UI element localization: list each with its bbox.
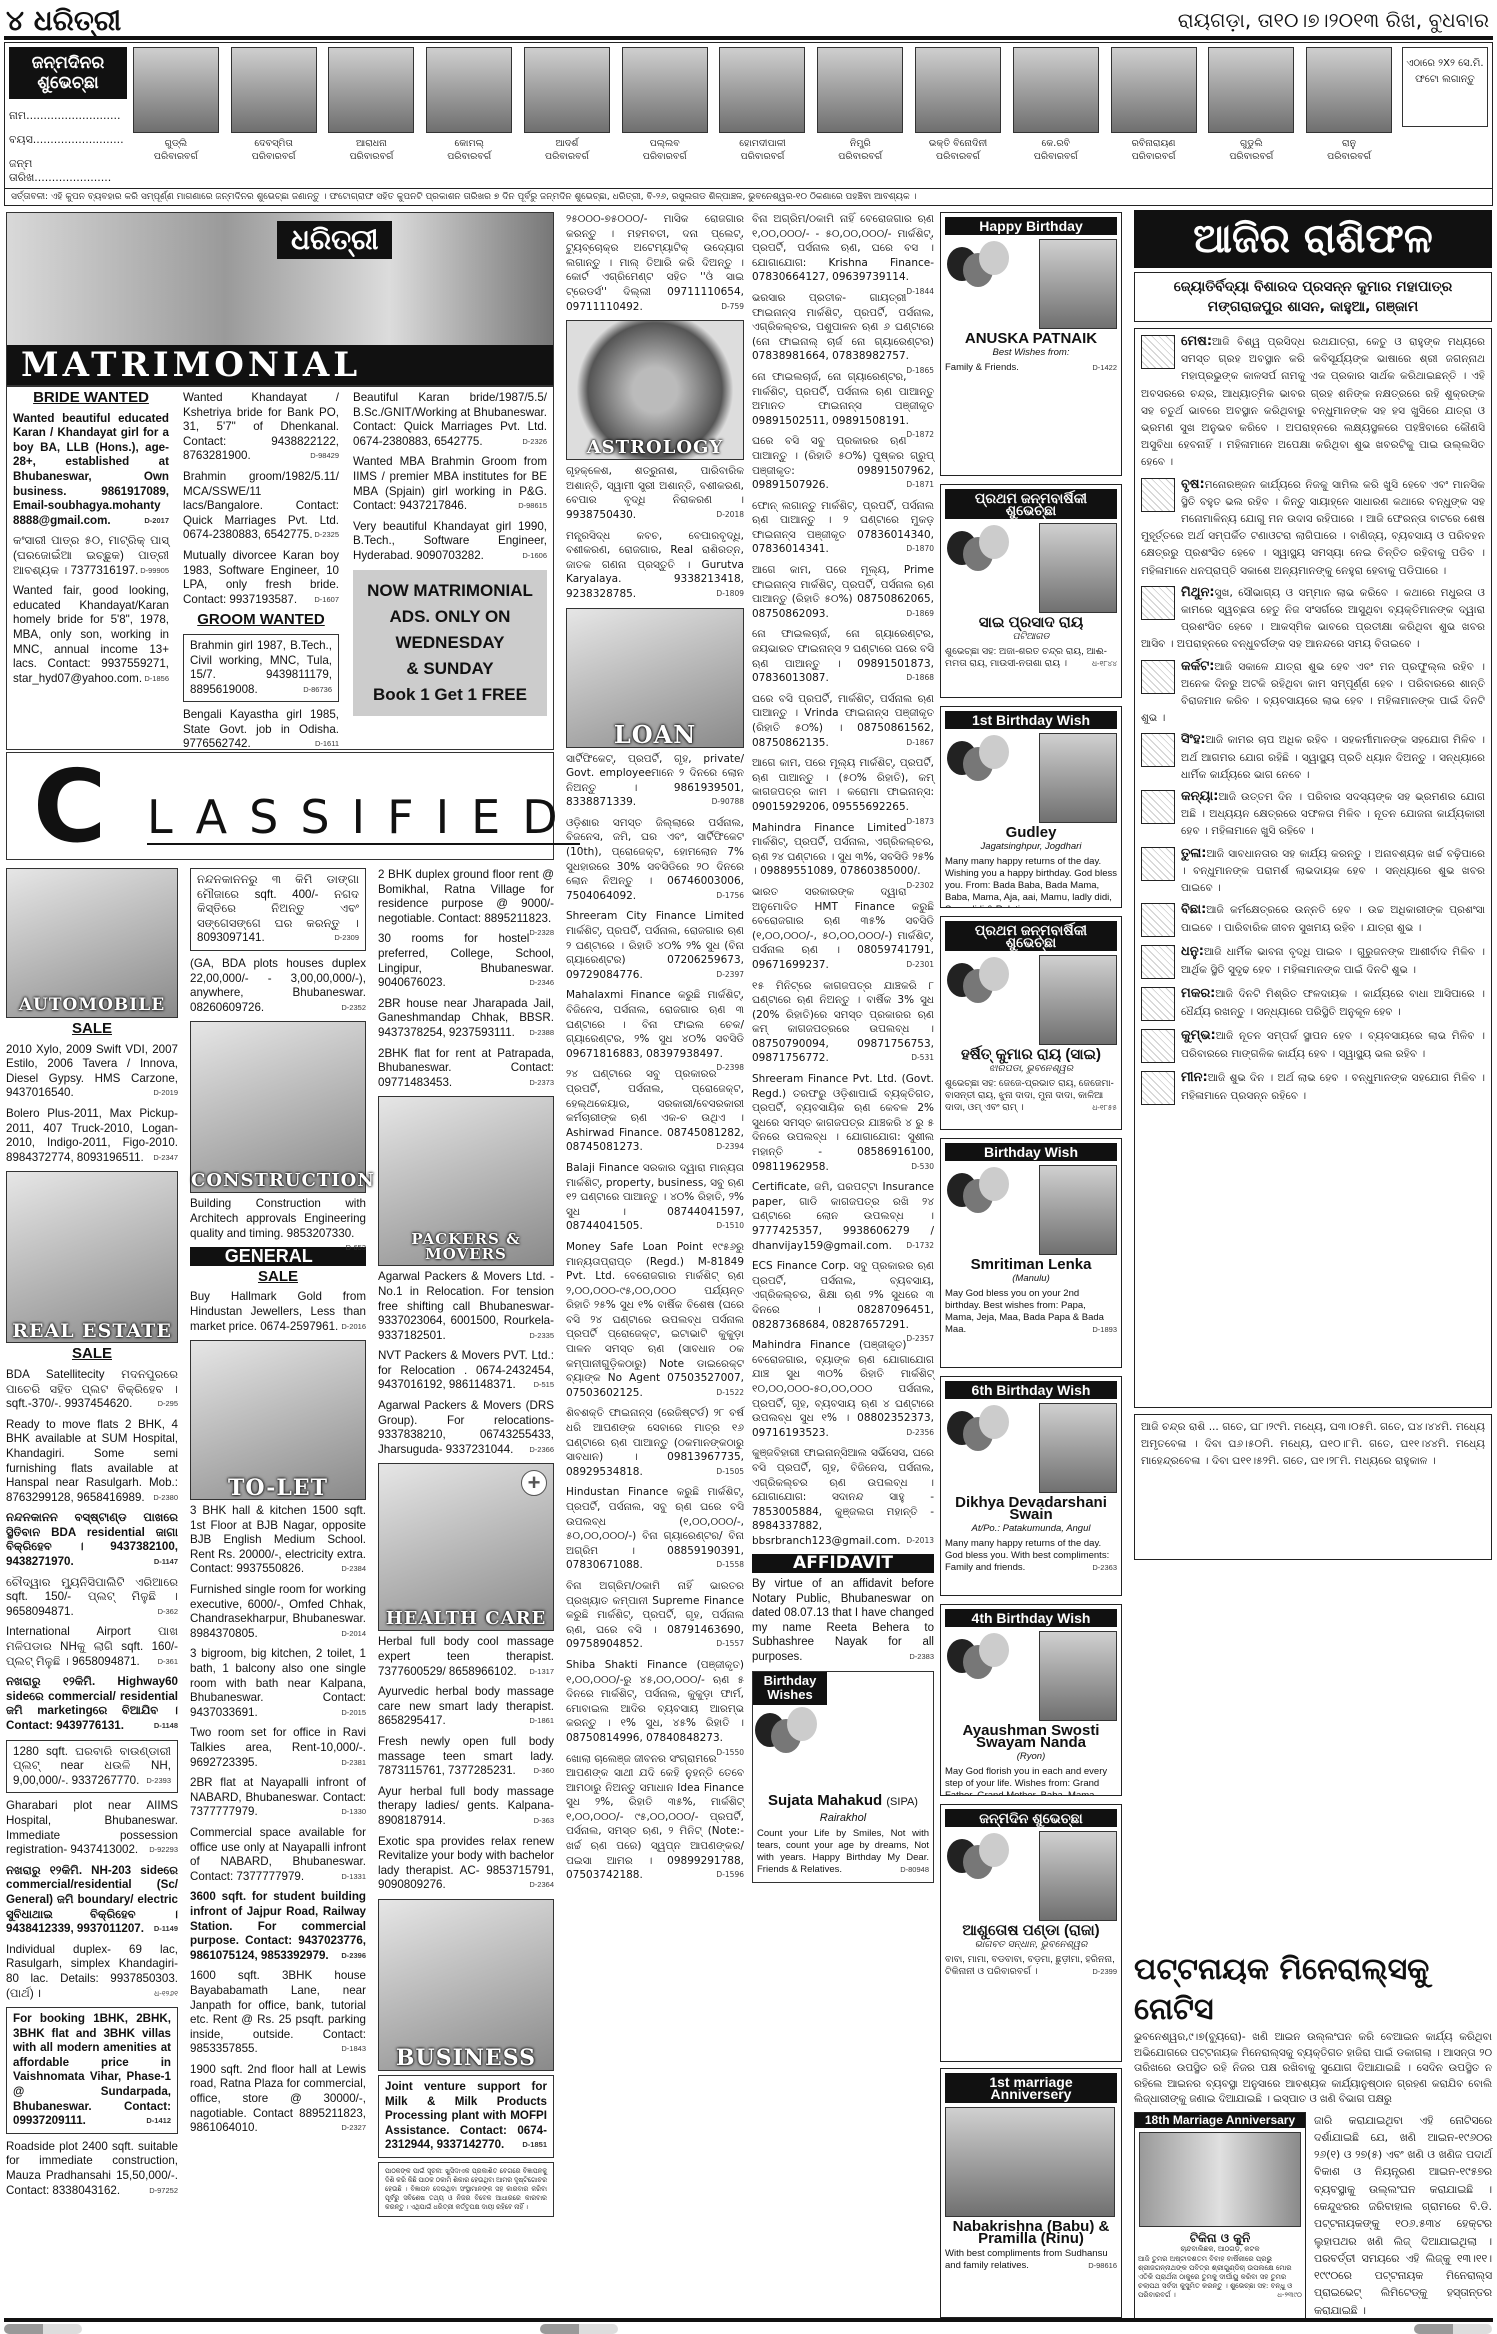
birthday-person-name: ଗୁଡ୍ଲି <box>131 137 221 150</box>
ad-code: D-1868 <box>906 671 934 686</box>
birthday-from: ପରିବାରବର୍ଗ <box>131 150 221 163</box>
classified-ad: ୧୫ ମିନିଟ୍‌ରେ କାଗଜପତ୍ର ଯାଞ୍ଚକରି ୮ ଘଣ୍ଟାରେ… <box>752 979 934 1067</box>
coupon-name-field[interactable]: ନାମ........................... <box>9 109 127 123</box>
birthday-person-name: ଭକ୍ତି ବିନୋଦିନୀ <box>913 137 1003 150</box>
wish-code: D-98616 <box>1088 2260 1117 2272</box>
ad-text: 2BR flat at Nayapalli infront of NABARD,… <box>190 1776 366 1818</box>
ad-code: D-2388 <box>529 1026 554 1041</box>
wish-subtitle: ଝାରପଡା, ଭୁବନେଶ୍ୱର <box>945 1063 1117 1075</box>
wish-message-text: ଶୁଭେଚ୍ଛା ସହ: ଅଜା-ଶରତ ଚନ୍ଦ୍ର ରାୟ, ଆଈ-ମମତା… <box>945 646 1107 669</box>
ad-code: ଧ-୧୨୬୧ <box>154 1987 178 2002</box>
wish-name: ଆଶୁତୋଷ ପଣ୍ଡା (ରାଜା) <box>945 1925 1117 1937</box>
zodiac-text: ଆଜି ବିଶ୍ୱ ପ୍ରସିଦ୍ଧ ରଥଯାତ୍ରା, କେତୁ ଓ ରାହୁ… <box>1141 336 1485 468</box>
ad-text: Mahindra Finance Limited ମାର୍କଶିଟ୍, ପ୍ରପ… <box>752 822 934 878</box>
top-rule <box>4 36 1493 40</box>
birthday-photo-card: ଦେବସ୍ମିତାପରିବାରବର୍ଗ <box>229 47 319 163</box>
ad-code: D-1505 <box>716 1465 744 1480</box>
ad-code: D-1865 <box>906 364 934 379</box>
birthday-person-name: ଆରାଧନା <box>327 137 417 150</box>
birthday-photo <box>1208 47 1294 133</box>
panjika-box: ଆଜି ଚନ୍ଦ୍ର ରାଶି ... ଗତେ, ଘ୮।୨୯ମି. ମଧ୍ୟେ,… <box>1134 1414 1492 1560</box>
zodiac-entry: ମକର:ଆଜି ଦିନଟି ମିଶ୍ରିତ ଫଳଦାୟକ । କାର୍ଯ୍ୟରେ… <box>1141 985 1485 1023</box>
zodiac-text: ଆଜି ଦିନଟି ମିଶ୍ରିତ ଫଳଦାୟକ । କାର୍ଯ୍ୟରେ ବାଧ… <box>1181 988 1485 1017</box>
wish-subtitle: ଭାଗବତ ସନ୍ଧାନ, ଭୁବନେଶ୍ୱର <box>945 1939 1117 1951</box>
wish-subtitle: Best Wishes from: <box>945 347 1117 359</box>
ad-code: D-98429 <box>310 449 339 464</box>
ad-text: ବିନା ଅଗ୍ରିମ/ଠକାମି ନାହିଁ ବେରୋଜଗାର ଋଣ ୧,୦୦… <box>752 213 934 283</box>
classified-ad: 30 rooms for hostel preferred, College, … <box>378 932 554 990</box>
ad-code: D-531 <box>911 1051 934 1066</box>
birthday-from: ପରିବାରବର୍ଗ <box>815 150 905 163</box>
ad-code: D-1331 <box>341 1870 366 1885</box>
ad-code: D-2301 <box>906 958 934 973</box>
zodiac-sign-icon <box>1141 1029 1175 1063</box>
ad-text: Exotic spa provides relax renew Revitali… <box>378 1835 554 1892</box>
classified-ad: 2BR house near Jharapada Jail, Ganeshman… <box>378 997 554 1041</box>
classified-ad: Agarwal Packers & Movers (DRS Group). Fo… <box>378 1399 554 1457</box>
coupon-age-field[interactable]: ବୟସ.......................... <box>9 133 127 147</box>
wish-title: Birthday Wish <box>945 1143 1117 1161</box>
ad-text: ଆଗେ କାମ, ପରେ ମୂଲ୍ୟ ମାର୍କଶିଟ୍, ପ୍ରପର୍ଟି, … <box>752 757 934 813</box>
ad-text: BDA Satellitecity ମଦନପୁରରେ ପାଚେରି ସହିତ ପ… <box>6 1368 178 1410</box>
notice-body-2: ଜାରି କରାଯାଇଥିବା ଏହି ନୋଟିସରେ ଦର୍ଶାଯାଇଛି ଯ… <box>1314 2112 1492 2320</box>
photo-slot[interactable]: ଏଠାରେ ୨X୨ ସେ.ମି. ଫଟୋ ଲଗାନ୍ତୁ <box>1402 47 1488 127</box>
wish-message: May God florish you in each and every st… <box>945 1766 1117 1796</box>
ad-text: Furnished single room for working execut… <box>190 1583 366 1640</box>
notice-body-1: ଭୁବନେଶ୍ୱର,୯।୭(ବ୍ୟୁରୋ)- ଖଣି ଆଇନ ଉଲ୍ଲଂଘନ କ… <box>1134 2030 1492 2108</box>
wish-name: ହର୍ଷିତ୍ କୁମାର ରାୟ (ସାଇ) <box>945 1049 1117 1061</box>
wish-photo-row <box>945 1165 1117 1255</box>
page-scroll-indicator-3[interactable] <box>1414 2324 1492 2334</box>
ad-code: D-1870 <box>906 542 934 557</box>
birthday-person-name: କୋମଲ୍ <box>424 137 514 150</box>
birthday-wish-card: Happy BirthdayANUSKA PATNAIKBest Wishes … <box>940 212 1122 476</box>
ad-code: D-1809 <box>716 587 744 602</box>
ad-code: D-2394 <box>716 1140 744 1155</box>
zodiac-text: ଆଜି କାମର ଚାପ ଅଧିକ ରହିବ । ସହକର୍ମୀମାନଙ୍କ ସ… <box>1181 734 1485 780</box>
rashifal-author: ଜ୍ୟୋତିର୍ବିଦ୍ୟା ବିଶାରଦ ପ୍ରସନ୍ନ କୁମାର ମହାପ… <box>1134 272 1492 322</box>
classified-banner: C LASSIFIED <box>6 752 554 860</box>
ad-code: D-2019 <box>153 1086 178 1101</box>
wish-code: ଧ-୧୮୫୫ <box>1092 1102 1117 1114</box>
ad-code: D-1149 <box>154 1922 178 1937</box>
classified-ad: Wanted beautiful educated Karan / Khanda… <box>13 412 169 529</box>
zodiac-entry: ବୃଷ:ମନୋରଞ୍ଜନ କାର୍ଯ୍ୟରେ ନିଜକୁ ସାମିଲ କରି ଖ… <box>1141 476 1485 580</box>
birthday-photo <box>231 47 317 133</box>
ad-text: ନନ୍ଦନକାନନ ବସ୍ଷ୍ଟାଣ୍ଡ ପାଖରେ ସ୍ଥିତିବାନ BDA… <box>6 1511 178 1568</box>
zodiac-name: କର୍କଟ: <box>1181 659 1214 674</box>
health-care-image: + HEALTH CARE <box>378 1463 554 1631</box>
birthday-from: ପରିବାରବର୍ଗ <box>424 150 514 163</box>
zodiac-sign-icon <box>1141 790 1175 824</box>
balloons-icon <box>945 239 1015 309</box>
zodiac-entry: ବିଛା:ଆଜି କର୍ମକ୍ଷେତ୍ରରେ ଉନ୍ନତି ହେବ । ଉଚ୍ଚ… <box>1141 901 1485 939</box>
classified-ad: ନୋ ଫାଇଲଚାର୍ଜ, ନୋ ଗ୍ୟାରେଣ୍ଟର, ମାର୍କଶିଟ୍, … <box>752 370 934 428</box>
construction-ad: Building Construction with Architech app… <box>190 1197 366 1241</box>
wish-message-text: May God bless you on your 2nd birthday. … <box>945 1288 1104 1335</box>
birthday-name: ନିମ୍ପ୍ରିପରିବାରବର୍ଗ <box>815 137 905 163</box>
birthday-photo-card: ନିମ୍ପ୍ରିପରିବାରବର୍ଗ <box>815 47 905 163</box>
ad-code: D-1510 <box>716 1219 744 1234</box>
birthday-wish-card: 1st marriage AnniverseryNabakrishna (Bab… <box>940 2068 1122 2318</box>
wish-photo <box>1039 733 1117 823</box>
classified-ad: Hindustan Finance କରୁଛି ମାର୍କଶିଟ୍, ପ୍ରପର… <box>566 1485 744 1573</box>
ad-text: 1900 sqft. 2nd floor hall at Lewis road,… <box>190 2063 366 2134</box>
birthday-photo <box>719 47 805 133</box>
business-boxed-ad: Joint venture support for Milk & Milk Pr… <box>378 2075 554 2158</box>
real-estate-boxed-ad: 1280 sqft. ଘରବାରି ବାଉଣ୍ଡାରୀ ପ୍ଲଟ୍ near ଧ… <box>6 1740 178 1794</box>
promo-line: Book 1 Get 1 FREE <box>357 682 543 708</box>
groom-boxed-ad: Brahmin girl 1987, B.Tech., Civil workin… <box>183 634 339 702</box>
ad-text: Mahindra Finance (ପଞ୍ଜୀକୃତ) ବେରୋଜଗାର, ବ୍… <box>752 1339 934 1439</box>
wish-photo <box>1039 1831 1117 1921</box>
astrology-image: ASTROLOGY <box>566 320 744 460</box>
automobile-sale-header: SALE <box>6 1022 178 1037</box>
rashifal-section: ଆଜିର ରାଶିଫଳ ଜ୍ୟୋତିର୍ବିଦ୍ୟା ବିଶାରଦ ପ୍ରସନ୍… <box>1134 210 1492 1560</box>
wish-title: ପ୍ରଥମ ଜନ୍ମବାର୍ଷିକୀ ଶୁଭେଚ୍ଛା <box>945 489 1117 519</box>
wish-photo-row <box>945 2107 1117 2217</box>
zodiac-entry: କୁମ୍ଭ:ଆଜି ନୂତନ ସମ୍ପର୍କ ସ୍ଥାପନ ହେବ । ବ୍ୟବ… <box>1141 1027 1485 1065</box>
ad-text: Ayur herbal full body massage therapy la… <box>378 1785 554 1827</box>
birthday-person-name: ରବିନାରାୟଣ <box>1109 137 1199 150</box>
ad-code: D-2397 <box>716 968 744 983</box>
ad-text: Individual duplex- 69 lac, Rasulgarh, si… <box>6 1943 178 2000</box>
birthday-photo-card: କେ.ରବିପରିବାରବର୍ଗ <box>1011 47 1101 163</box>
ad-code: D-1732 <box>906 1239 934 1254</box>
matrimonial-banner: ଧରିତ୍ରୀ MATRIMONIAL <box>6 212 554 386</box>
wish-name: ସାଇ ପ୍ରସାଦ ରାୟ <box>945 617 1117 629</box>
ad-code: D-1756 <box>716 889 744 904</box>
classified-ad: 3 BHK hall & kitchen 1500 sqft. 1st Floo… <box>190 1504 366 1577</box>
classified-ad: ECS Finance Corp. ସବୁ ପ୍ରକାରର ଋଣ ପ୍ରପର୍ଟ… <box>752 1259 934 1332</box>
ad-code: D-1843 <box>341 2042 366 2057</box>
matrimonial-col-3: Beautiful Karan bride/1987/5.5/ B.Sc./GN… <box>353 391 547 716</box>
page-scroll-indicator-2[interactable] <box>540 2324 618 2334</box>
zodiac-sign-icon <box>1141 660 1175 694</box>
wish-title: 6th Birthday Wish <box>945 1381 1117 1399</box>
ad-code: D-2013 <box>906 1534 934 1549</box>
ad-text: ଭରସାର ପ୍ରତୀକ- ଗାୟତ୍ରୀ ଫାଇନାନ୍ସ ମାର୍କଶିଟ୍… <box>752 292 934 362</box>
ad-code: D-1867 <box>906 736 934 751</box>
col-finance-affidavit: ବିନା ଅଗ୍ରିମ/ଠକାମି ନାହିଁ ବେରୋଜଗାର ଋଣ ୧,୦୦… <box>752 212 934 1883</box>
birthday-person-name: ପଲ୍ଲବ <box>620 137 710 150</box>
col-astrology-loan: ୨୫୦୦୦-୭୫୦୦୦/- ମାସିକ ରୋଜଗାର କରନ୍ତୁ । ମହମବ… <box>566 212 744 1889</box>
promo-line: & SUNDAY <box>357 656 543 682</box>
ad-text: ନଖରାରୁ ୧୨କିମି. Highway60 sideରେ commerci… <box>6 1675 178 1732</box>
zodiac-text: ମନୋରଞ୍ଜନ କାର୍ଯ୍ୟରେ ନିଜକୁ ସାମିଲ କରି ଖୁସି … <box>1141 479 1485 577</box>
classified-ad: ସାର୍ଟିଫିକେଟ୍, ପ୍ରପର୍ଟି, ଗୃହ, private/ Go… <box>566 752 744 810</box>
birthday-photo <box>817 47 903 133</box>
ad-code: D-295 <box>158 1397 178 1412</box>
wish-message: Many many happy returns of the day. God … <box>945 1538 1117 1574</box>
coupon-terms: ସର୍ତ୍ତାବଳୀ: ଏହି କୁପନ ବ୍ୟବହାର କରି ସମ୍ପୂର୍… <box>5 188 1492 205</box>
wish-message-text: ବାବା, ମାମା, ବଡବାବା, ବଡ଼ମା, ଛୁଡ଼ୀମା, ହରିନ… <box>945 1954 1115 1977</box>
classified-big-c: C <box>33 753 106 861</box>
wish-title: Birthday Wishes <box>753 1672 827 1705</box>
ad-text: Ayurvedic herbal body massage care new s… <box>378 1685 554 1727</box>
classified-ad: ନଖରାରୁ ୧୨କିମି. Highway60 sideରେ commerci… <box>6 1675 178 1733</box>
birthday-wish-card: 1st Birthday WishGudleyJagatsinghpur, Jo… <box>940 706 1122 908</box>
classified-word: LASSIFIED <box>147 791 580 845</box>
ad-code: D-1148 <box>154 1719 178 1734</box>
birthday-photo-card: କୋମଲ୍ପରିବାରବର୍ଗ <box>424 47 514 163</box>
zodiac-text: ଆଜି ଧାର୍ମିକ ଭାବନା ବୃଦ୍ଧି ପାଇବ । ଗୁରୁଜନଙ୍… <box>1181 946 1485 975</box>
ad-code: D-1558 <box>716 1558 744 1573</box>
classified-ad: Mutually divorcee Karan boy 1983, Softwa… <box>183 549 339 607</box>
ad-text: ଖୋଲା ଚାଲେଞ୍ଜ ଜୀବନର ସଂଗ୍ରାମରେ ଆପଣଙ୍କ ସାଥୀ… <box>566 1753 744 1882</box>
zodiac-name: ମୀନ: <box>1181 1070 1208 1085</box>
wish-message-text: May God florish you in each and every st… <box>945 1766 1107 1796</box>
classified-ad: ଘରେ ବସି ପ୍ରପର୍ଟି, ମାର୍କଶିଟ୍, ପର୍ସନାଲ ଋଣ … <box>752 692 934 750</box>
coupon-dob-field[interactable]: ଜନ୍ମ ତାରିଖ...................... <box>9 157 127 185</box>
wish-message: With best compliments from Sudhansu and … <box>945 2248 1117 2272</box>
zodiac-name: ମିଥୁନ: <box>1181 585 1215 600</box>
ad-text: Two room set for office in Ravi Talkies … <box>190 1726 366 1768</box>
wish-title: ଜନ୍ମଦିନ ଶୁଭେଚ୍ଛା <box>945 1809 1117 1827</box>
classified-ad: Beautiful Karan bride/1987/5.5/ B.Sc./GN… <box>353 391 547 449</box>
ad-code: D-2328 <box>529 926 554 941</box>
zodiac-entry: ସିଂହ:ଆଜି କାମର ଚାପ ଅଧିକ ରହିବ । ସହକର୍ମୀମାନ… <box>1141 731 1485 784</box>
birthday-from: ପରିବାରବର୍ଗ <box>229 150 319 163</box>
ad-text: 1600 sqft. 3BHK house Bayababamath Lane,… <box>190 1969 366 2055</box>
classified-ad: ଖୋଲା ଚାଲେଞ୍ଜ ଜୀବନର ସଂଗ୍ରାମରେ ଆପଣଙ୍କ ସାଥୀ… <box>566 1752 744 1883</box>
ad-code: D-2014 <box>341 1627 366 1642</box>
classified-ad: ବିନା ଅଗ୍ରିମ/ଠକାମି ନାହିଁ ଭାରତର ପ୍ରଖ୍ୟାତ କ… <box>566 1579 744 1652</box>
zodiac-entry: ମେଷ:ଆଜି ବିଶ୍ୱ ପ୍ରସିଦ୍ଧ ରଥଯାତ୍ରା, କେତୁ ଓ … <box>1141 333 1485 472</box>
ad-text: 30 rooms for hostel preferred, College, … <box>378 932 554 989</box>
birthday-photo-card: ଗୁଡୁଲିପରିବାରବର୍ଗ <box>1206 47 1296 163</box>
matrimonial-section: BRIDE WANTED Wanted beautiful educated K… <box>6 386 554 750</box>
ad-code: D-2326 <box>522 435 547 450</box>
zodiac-entry: ମିଥୁନ:ସୁଖ, ସୌଭାଗ୍ୟ ଓ ସମ୍ମାନ ଲାଭ କରିବେ । … <box>1141 584 1485 654</box>
ad-code: D-362 <box>158 1605 178 1620</box>
zodiac-name: କନ୍ୟା: <box>1181 789 1218 804</box>
birthday-name: କୋମଲ୍ପରିବାରବର୍ଗ <box>424 137 514 163</box>
classified-ad: Bolero Plus-2011, Max Pickup-2011, 407 T… <box>6 1107 178 1165</box>
birthday-wish-card: Birthday WishSmritiman Lenka(Manulu)May … <box>940 1138 1122 1368</box>
birthday-photo-card: ଆରାଧନାପରିବାରବର୍ଗ <box>327 47 417 163</box>
ad-code: D-2018 <box>716 508 744 523</box>
wish-message: ଶୁଭେଚ୍ଛା ସହ: ଅଜା-ଶରତ ଚନ୍ଦ୍ର ରାୟ, ଆଈ-ମମତା… <box>945 646 1117 670</box>
ad-code: D-2015 <box>341 1706 366 1721</box>
birthday-photo <box>915 47 1001 133</box>
classified-ad: Individual duplex- 69 lac, Rasulgarh, si… <box>6 1943 178 2001</box>
classified-ad: ଚୌଦ୍ୱାର ମ୍ୟୁନିସିପାଲିଟି ଏରିଆରେ sqft. 150/… <box>6 1576 178 1620</box>
classified-ad: Brahmin groom/1982/5.11/ MCA/SSWE/11 lac… <box>183 470 339 543</box>
ad-text: Agarwal Packers & Movers Ltd. - No.1 in … <box>378 1270 554 1341</box>
wish-photo-row <box>945 1831 1117 1921</box>
wish-photo-row <box>945 733 1117 823</box>
ad-code: D-1607 <box>314 593 339 608</box>
balloons-icon <box>945 523 1015 593</box>
wish-name: ANUSKA PATNAIK <box>945 333 1117 345</box>
classified-ad: ମନ୍ତ୍ରସିଦ୍ଧ କବଚ, ବେପାରବୃଦ୍ଧି, ବଶୀକରଣ, ରୋ… <box>566 529 744 602</box>
classified-ad: ଆଗେ କାମ, ପରେ ମୂଲ୍ୟ, Prime ଫାଇନାନ୍ସ ମାର୍କ… <box>752 563 934 621</box>
ad-code: D-1596 <box>716 1868 744 1883</box>
birthday-name: ରବିନାରାୟଣପରିବାରବର୍ଗ <box>1109 137 1199 163</box>
ad-code: D-1871 <box>906 478 934 493</box>
wish-photo-row <box>945 955 1117 1045</box>
classified-ad: ଶିବଶକ୍ତି ଫାଇନାନ୍ସ (ରେଜିଷ୍ଟର୍ଡ) ୨୮ ବର୍ଷ ଧ… <box>566 1406 744 1479</box>
ad-code: D-90788 <box>712 795 744 810</box>
birthday-person-name: ରାନୁ <box>1304 137 1394 150</box>
bride-wanted-header: BRIDE WANTED <box>13 391 169 406</box>
classified-ad: Fresh newly open full body massage teen … <box>378 1735 554 1779</box>
zodiac-sign-icon <box>1141 1071 1175 1105</box>
classified-ad: ନନ୍ଦନକାନନ ବସ୍ଷ୍ଟାଣ୍ଡ ପାଖରେ ସ୍ଥିତିବାନ BDA… <box>6 1511 178 1569</box>
ad-text: International Airport ପାଖ ମଳିପଡାର NHକୁ ଲ… <box>6 1625 178 1667</box>
birthday-from: ପରିବାରବର୍ଗ <box>913 150 1003 163</box>
zodiac-text: ଆଜି ସାବଧାନତାର ସହ କାର୍ଯ୍ୟ କରନ୍ତୁ । ଅନାବଶ୍… <box>1181 848 1485 894</box>
wish-photo <box>1039 239 1117 329</box>
classified-ad: Certificate, ଜମି, ଘରପଟ୍ଟା Insurance pape… <box>752 1180 934 1253</box>
classified-ad: NVT Packers & Movers PVT. Ltd.: for Relo… <box>378 1349 554 1393</box>
ad-text: Bolero Plus-2011, Max Pickup-2011, 407 T… <box>6 1107 178 1164</box>
birthday-person-name: ଦେବସ୍ମିତା <box>229 137 319 150</box>
wish-title: ପ୍ରଥମ ଜନ୍ମବାର୍ଷିକୀ ଶୁଭେଚ୍ଛା <box>945 921 1117 951</box>
wish-code: D-1422 <box>1092 362 1117 374</box>
zodiac-sign-icon <box>1141 903 1175 937</box>
ad-code: D-2373 <box>529 1076 554 1091</box>
zodiac-entry: ଧନୁ:ଆଜି ଧାର୍ମିକ ଭାବନା ବୃଦ୍ଧି ପାଇବ । ଗୁରୁ… <box>1141 943 1485 981</box>
classified-ad: Wanted fair, good looking, educated Khan… <box>13 584 169 686</box>
zodiac-entry: କନ୍ୟା:ଆଜି ଉତ୍ତମ ଦିନ । ପରିବାର ସଦସ୍ୟଙ୍କ ସହ… <box>1141 788 1485 841</box>
reader-disclaimer: ପାଠକଙ୍କ ପାଇଁ ସୂଚନା: ଖୁସିଦାଏକ ପ୍ରକାଶିତ ବେ… <box>378 2162 554 2217</box>
ad-text: Shreeram Finance Pvt. Ltd. (Govt. Regd.)… <box>752 1073 934 1173</box>
wish-title: 1st Birthday Wish <box>945 711 1117 729</box>
ad-code: D-515 <box>534 1378 554 1393</box>
birthday-name: ଆରାଧନାପରିବାରବର୍ଗ <box>327 137 417 163</box>
birthday-person-name: ଗୁଡୁଲି <box>1206 137 1296 150</box>
ad-text: ନଖରାରୁ ୧୨କିମି. NH-203 sideରେ commercial/… <box>6 1864 178 1935</box>
anniversary-18-message: ଆଜି ତୁମର ଅଷ୍ଟାଦଶତମ ବିବାହ ବାର୍ଷିକୀରେ ପ୍ରଭ… <box>1135 2254 1305 2301</box>
wish-photo-row <box>945 1403 1117 1493</box>
dateline: ରାୟଗଡ଼ା, ତା୧୦।୭।୨୦୧୩ ରିଖ, ବୁଧବାର <box>1178 8 1489 32</box>
birthday-person-name: ଆଦର୍ଶ <box>522 137 612 150</box>
birthday-name: ପଲ୍ଲବପରିବାରବର୍ଗ <box>620 137 710 163</box>
classified-ad: ନୋ ଫାଇଲଚାର୍ଜ, ନୋ ଗ୍ୟାରେଣ୍ଟର, ଜୟଭାରତ ଫାଇନ… <box>752 627 934 685</box>
col-automobile-realestate: AUTOMOBILE SALE 2010 Xylo, 2009 Swift VD… <box>6 868 178 2204</box>
birthday-photo-card: ରାନୁପରିବାରବର୍ଗ <box>1304 47 1394 163</box>
classified-ad: 2BR flat at Nayapalli infront of NABARD,… <box>190 1776 366 1820</box>
ad-text: 3 bigroom, big kitchen, 2 toilet, 1 bath… <box>190 1647 366 1718</box>
classified-ad: ବିନା ଅଗ୍ରିମ/ଠକାମି ନାହିଁ ବେରୋଜଗାର ଋଣ ୧,୦୦… <box>752 212 934 285</box>
classified-ad: 3 bigroom, big kitchen, 2 toilet, 1 bath… <box>190 1647 366 1720</box>
ad-text: NVT Packers & Movers PVT. Ltd.: for Relo… <box>378 1349 554 1391</box>
ad-text: 2BR house near Jharapada Jail, Ganeshman… <box>378 997 554 1039</box>
ad-text: Money Safe Loan Point ୧୯୫୬ରୁ ମାନ୍ୟତାପ୍ରା… <box>566 1241 744 1399</box>
ad-code: D-1856 <box>144 672 169 687</box>
classified-ad: ଆଗେ କାମ, ପରେ ମୂଲ୍ୟ ମାର୍କଶିଟ୍, ପ୍ରପର୍ଟି, … <box>752 756 934 814</box>
general-sale-header: SALE <box>190 1270 366 1285</box>
classified-ad: Gharabari plot near AIIMS Hospital, Bhub… <box>6 1799 178 1857</box>
classified-ad: 3600 sqft. for student building infront … <box>190 1890 366 1963</box>
rashifal-title: ଆଜିର ରାଶିଫଳ <box>1134 210 1492 268</box>
birthday-photo <box>133 47 219 133</box>
page-scroll-indicator-1[interactable] <box>4 2324 82 2334</box>
ad-code: D-1317 <box>529 1665 554 1680</box>
wish-message-text: Many many happy returns of the day. Wish… <box>945 856 1117 908</box>
zodiac-sign-icon <box>1141 945 1175 979</box>
ad-code: D-530 <box>911 1160 934 1175</box>
ad-text: 3 BHK hall & kitchen 1500 sqft. 1st Floo… <box>190 1504 366 1575</box>
zodiac-entry: ମୀନ:ଆଜି ଶୁଭ ଦିନ । ଅର୍ଥ ଲାଭ ହେବ । ବନ୍ଧୁମା… <box>1141 1069 1485 1107</box>
wish-name: Nabakrishna (Babu) & Pramilla (Rinu) <box>945 2221 1117 2245</box>
ad-text: 2 BHK duplex ground floor rent @ Bomikha… <box>378 868 554 925</box>
wish-title: Happy Birthday <box>945 217 1117 235</box>
zodiac-name: ବୃଷ: <box>1181 477 1205 492</box>
birthday-wish-card: ପ୍ରଥମ ଜନ୍ମବାର୍ଷିକୀ ଶୁଭେଚ୍ଛାହର୍ଷିତ୍ କୁମାର… <box>940 916 1122 1130</box>
wish-message-text: With best compliments from Sudhansu and … <box>945 2248 1108 2271</box>
zodiac-sign-icon <box>1141 335 1175 369</box>
zodiac-text: ଆଜି ଉତ୍ତମ ଦିନ । ପରିବାର ସଦସ୍ୟଙ୍କ ସହ ଭ୍ରମଣ… <box>1181 791 1485 837</box>
ad-code: D-2302 <box>906 879 934 894</box>
ad-code: D-2384 <box>341 1562 366 1577</box>
birthday-photo-card: ରବିନାରାୟଣପରିବାରବର୍ଗ <box>1109 47 1199 163</box>
classified-ad: ଫୋନ୍ ଲଗାନ୍ତୁ ମାର୍କଶିଟ୍, ପ୍ରପର୍ଟି, ପର୍ସନା… <box>752 499 934 557</box>
ad-code: D-92293 <box>149 1843 178 1858</box>
ad-code: D-2381 <box>341 1756 366 1771</box>
ad-code: D-2346 <box>529 976 554 991</box>
ad-code: D-2017 <box>144 514 169 529</box>
birthday-from: ପରିବାରବର୍ଗ <box>718 150 808 163</box>
ad-code: D-2325 <box>314 528 339 543</box>
ad-code: D-1872 <box>906 428 934 443</box>
ad-text: Beautiful Karan bride/1987/5.5/ B.Sc./GN… <box>353 391 547 448</box>
classified-ad: କଂସାରୀ ପାତ୍ର ୫୦, ମାଟ୍ରିକ୍ ପାସ୍ (ଘରଜୋଇଁଆ … <box>13 534 169 578</box>
ad-code: D-360 <box>534 1764 554 1779</box>
wish-photo <box>1039 1165 1117 1255</box>
classified-ad: ଭରସାର ପ୍ରତୀକ- ଗାୟତ୍ରୀ ଫାଇନାନ୍ସ ମାର୍କଶିଟ୍… <box>752 291 934 364</box>
birthday-name: ହୋମଦୀପାଳୀପରିବାରବର୍ଗ <box>718 137 808 163</box>
zodiac-text: ଆଜି କର୍ମକ୍ଷେତ୍ରରେ ଉନ୍ନତି ହେବ । ଉଚ୍ଚ ଅଧିକ… <box>1181 904 1485 933</box>
classified-ad: Agarwal Packers & Movers Ltd. - No.1 in … <box>378 1270 554 1343</box>
ad-code: D-98615 <box>518 499 547 514</box>
matrimonial-title: MATRIMONIAL <box>7 345 553 385</box>
classified-ad: Two room set for office in Ravi Talkies … <box>190 1726 366 1770</box>
wish-message-text: Many many happy returns of the day. God … <box>945 1538 1109 1573</box>
coupon-title: ଜନ୍ମଦିନର ଶୁଭେଚ୍ଛା <box>9 47 127 99</box>
birthday-photo <box>328 47 414 133</box>
ad-text: Wanted beautiful educated Karan / Khanda… <box>13 412 169 527</box>
ad-code: D-1844 <box>906 285 934 300</box>
ad-code: D-361 <box>158 1655 178 1670</box>
ad-code: D-1873 <box>906 815 934 830</box>
birthday-name: କେ.ରବିପରିବାରବର୍ଗ <box>1011 137 1101 163</box>
income-ad: ୨୫୦୦୦-୭୫୦୦୦/- ମାସିକ ରୋଜଗାର କରନ୍ତୁ । ମହମବ… <box>566 212 744 314</box>
wish-message: ବାବା, ମାମା, ବଡବାବା, ବଡ଼ମା, ଛୁଡ଼ୀମା, ହରିନ… <box>945 1954 1117 1978</box>
general-ad: Buy Hallmark Gold from Hindustan Jewelle… <box>190 1290 366 1334</box>
classified-ad: Wanted MBA Brahmin Groom from IIMS / pre… <box>353 455 547 513</box>
zodiac-name: ଧନୁ: <box>1181 944 1204 959</box>
wish-message: Family & Friends. D-1422 <box>945 362 1117 374</box>
birthday-coupon[interactable]: ଜନ୍ମଦିନର ଶୁଭେଚ୍ଛା ନାମ...................… <box>9 47 127 185</box>
wish-code: D-2363 <box>1092 1562 1117 1574</box>
birthday-photo-card: ଭକ୍ତି ବିନୋଦିନୀପରିବାରବର୍ଗ <box>913 47 1003 163</box>
classified-ad: Furnished single room for working execut… <box>190 1583 366 1641</box>
classified-ad: Roadside plot 2400 sqft. suitable for im… <box>6 2140 178 2198</box>
birthday-name: ଦେବସ୍ମିତାପରିବାରବର୍ଗ <box>229 137 319 163</box>
anniversary-18-photo <box>1139 2132 1301 2227</box>
wish-place: Rairakhol <box>753 1811 933 1826</box>
vaishnomata-boxed-ad: For booking 1BHK, 2BHK, 3BHK flat and 3B… <box>6 2007 178 2134</box>
wish-subtitle: Jagatsinghpur, Jogdhari <box>945 841 1117 853</box>
ad-text: ୧୫ ମିନିଟ୍‌ରେ କାଗଜପତ୍ର ଯାଞ୍ଚକରି ୮ ଘଣ୍ଟାରେ… <box>752 980 934 1065</box>
ad-text: 2010 Xylo, 2009 Swift VDI, 2007 Estilo, … <box>6 1043 178 1100</box>
birthday-person-name: କେ.ରବି <box>1011 137 1101 150</box>
ad-code: D-2398 <box>716 1061 744 1076</box>
zodiac-text: ଆଜି ଶୁଭ ଦିନ । ଅର୍ଥ ଲାଭ ହେବ । ବନ୍ଧୁମାନଙ୍କ… <box>1181 1072 1485 1101</box>
